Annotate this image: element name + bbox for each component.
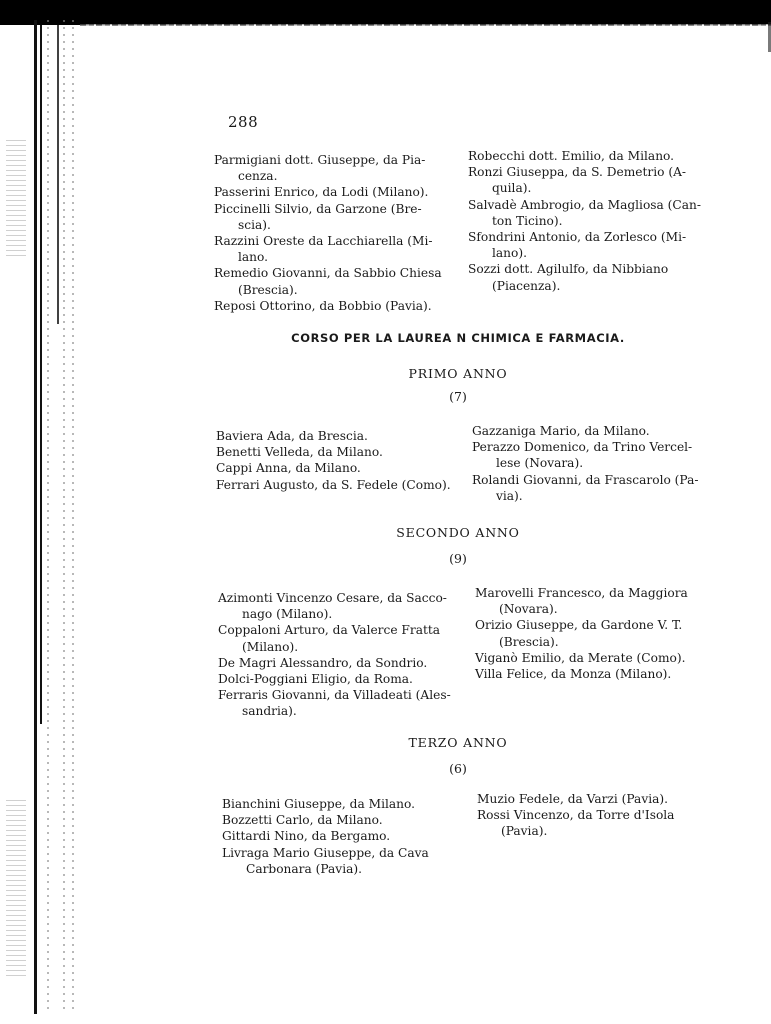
list-item: Gazzaniga Mario, da Milano. (472, 423, 707, 439)
list-item: Ronzi Giuseppa, da S. Demetrio (A-quila)… (468, 164, 703, 196)
list-item: Salvadè Ambrogio, da Magliosa (Can-ton T… (468, 197, 703, 229)
list-item: Bianchini Giuseppe, da Milano. (222, 796, 462, 812)
list-item: Rolandi Giovanni, da Frascarolo (Pa-via)… (472, 472, 707, 504)
list-item: Orizio Giuseppe, da Gardone V. T.(Bresci… (475, 617, 710, 649)
primo-list-right: Gazzaniga Mario, da Milano. Perazzo Dome… (472, 423, 707, 504)
list-item: Ferrari Augusto, da S. Fedele (Como). (216, 477, 456, 493)
list-item: De Magri Alessandro, da Sondrio. (218, 655, 458, 671)
list-item: Reposi Ottorino, da Bobbio (Pavia). (214, 298, 444, 314)
year-count-secondo: (9) (0, 551, 771, 566)
secondo-list-left: Azimonti Vincenzo Cesare, da Sacco-nago … (218, 590, 458, 720)
list-item: Remedio Giovanni, da Sabbio Chiesa(Bresc… (214, 265, 444, 297)
top-list-right: Robecchi dott. Emilio, da Milano. Ronzi … (468, 148, 703, 294)
secondo-list-right: Marovelli Francesco, da Maggiora(Novara)… (475, 585, 710, 682)
top-list-left: Parmigiani dott. Giuseppe, da Pia-cenza.… (214, 152, 444, 314)
terzo-list-left: Bianchini Giuseppe, da Milano. Bozzetti … (222, 796, 462, 877)
list-item: Piccinelli Silvio, da Garzone (Bre-scia)… (214, 201, 444, 233)
list-item: Marovelli Francesco, da Maggiora(Novara)… (475, 585, 710, 617)
list-item: Robecchi dott. Emilio, da Milano. (468, 148, 703, 164)
list-item: Baviera Ada, da Brescia. (216, 428, 456, 444)
list-item: Villa Felice, da Monza (Milano). (475, 666, 710, 682)
list-item: Ferraris Giovanni, da Villadeati (Ales-s… (218, 687, 458, 719)
list-item: Parmigiani dott. Giuseppe, da Pia-cenza. (214, 152, 444, 184)
year-heading-primo: PRIMO ANNO (0, 366, 771, 381)
list-item: Sozzi dott. Agilulfo, da Nibbiano(Piacen… (468, 261, 703, 293)
list-item: Muzio Fedele, da Varzi (Pavia). (477, 791, 712, 807)
year-count-terzo: (6) (0, 761, 771, 776)
list-item: Benetti Velleda, da Milano. (216, 444, 456, 460)
year-heading-terzo: TERZO ANNO (0, 735, 771, 750)
list-item: Rossi Vincenzo, da Torre d'Isola(Pavia). (477, 807, 712, 839)
list-item: Viganò Emilio, da Merate (Como). (475, 650, 710, 666)
list-item: Gittardi Nino, da Bergamo. (222, 828, 462, 844)
list-item: Bozzetti Carlo, da Milano. (222, 812, 462, 828)
course-heading: CORSO PER LA LAUREA N CHIMICA E FARMACIA… (0, 331, 771, 345)
primo-list-left: Baviera Ada, da Brescia. Benetti Velleda… (216, 428, 456, 493)
list-item: Sfondrini Antonio, da Zorlesco (Mi-lano)… (468, 229, 703, 261)
list-item: Passerini Enrico, da Lodi (Milano). (214, 184, 444, 200)
list-item: Livraga Mario Giuseppe, da CavaCarbonara… (222, 845, 462, 877)
terzo-list-right: Muzio Fedele, da Varzi (Pavia). Rossi Vi… (477, 791, 712, 840)
page-number: 288 (228, 113, 258, 131)
document-page: 288 Parmigiani dott. Giuseppe, da Pia-ce… (0, 0, 771, 1024)
list-item: Cappi Anna, da Milano. (216, 460, 456, 476)
year-heading-secondo: SECONDO ANNO (0, 525, 771, 540)
list-item: Azimonti Vincenzo Cesare, da Sacco-nago … (218, 590, 458, 622)
list-item: Razzini Oreste da Lacchiarella (Mi-lano. (214, 233, 444, 265)
list-item: Coppaloni Arturo, da Valerce Fratta(Mila… (218, 622, 458, 654)
list-item: Dolci-Poggiani Eligio, da Roma. (218, 671, 458, 687)
list-item: Perazzo Domenico, da Trino Vercel-lese (… (472, 439, 707, 471)
year-count-primo: (7) (0, 389, 771, 404)
